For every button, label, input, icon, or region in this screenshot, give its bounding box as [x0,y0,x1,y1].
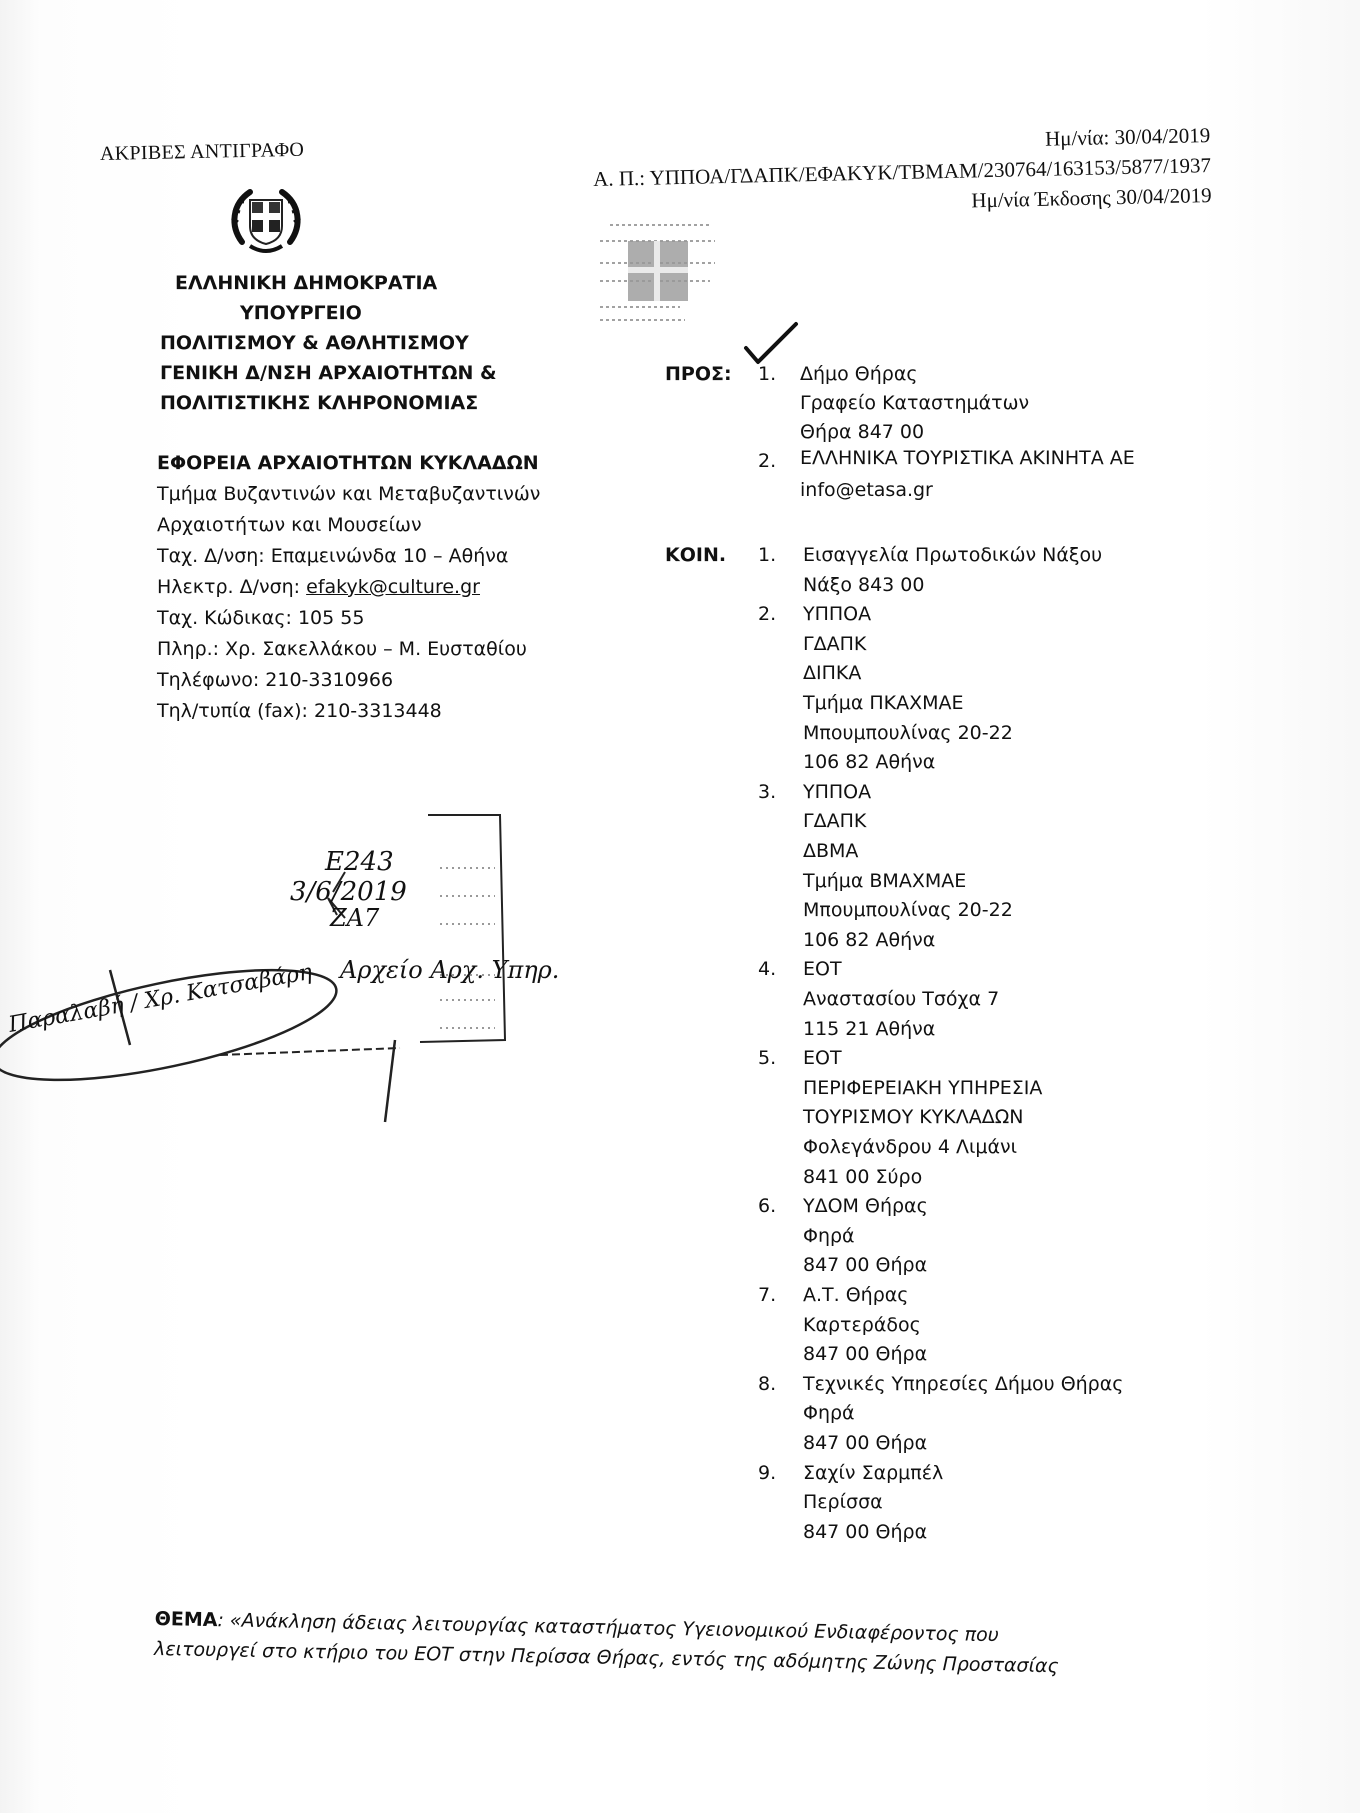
phone-label: Τηλέφωνο: [157,669,259,691]
cc-recipient-number: 4. [758,955,776,984]
cc-recipient-line: 847 00 Θήρα [803,1340,927,1369]
svg-text:Ε243: Ε243 [324,847,394,877]
to-label: ΠΡΟΣ: [665,360,732,389]
email-label: Ηλεκτρ. Δ/νση: [157,576,300,598]
cc-recipient-line: ΕΟΤ [803,1044,842,1073]
cc-recipient-line: Φηρά [803,1399,855,1428]
phone: Τηλέφωνο: 210-3310966 [157,665,393,696]
cc-recipient-line: Σαχίν Σαρμπέλ [803,1459,943,1488]
subject-label: ΘΕΜΑ [155,1608,218,1631]
certified-copy-label: ΑΚΡΙΒΕΣ ΑΝΤΙΓΡΑΦΟ [100,139,305,166]
svg-text:ΖΑ7: ΖΑ7 [329,904,380,932]
cc-recipient-line: Καρτεράδος [803,1311,921,1340]
recipient-email[interactable]: info@etasa.gr [800,476,933,505]
department-line: Αρχαιοτήτων και Μουσείων [157,510,422,541]
cc-recipient-line: ΓΔΑΠΚ [803,630,866,659]
ministry-header-line: ΓΕΝΙΚΗ Δ/ΝΣΗ ΑΡΧΑΙΟΤΗΤΩΝ & [160,358,497,388]
cc-recipient-line: Τεχνικές Υπηρεσίες Δήμου Θήρας [803,1370,1123,1399]
scanned-document-page: ΑΚΡΙΒΕΣ ΑΝΤΙΓΡΑΦΟ Ημ/νία: 30/04/2019 Α. … [0,0,1360,1813]
cc-recipient-line: Φηρά [803,1222,855,1251]
ministry-header-line: ΠΟΛΙΤΙΣΤΙΚΗΣ ΚΛΗΡΟΝΟΜΙΑΣ [160,388,478,418]
recipient-line: Δήμο Θήρας [800,360,918,389]
agency-title: ΕΦΟΡΕΙΑ ΑΡΧΑΙΟΤΗΤΩΝ ΚΥΚΛΑΔΩΝ [157,448,539,479]
department-line: Τμήμα Βυζαντινών και Μεταβυζαντινών [157,479,540,510]
cc-recipient-line: ΤΟΥΡΙΣΜΟΥ ΚΥΚΛΑΔΩΝ [803,1103,1023,1132]
cc-recipient-number: 1. [758,541,776,570]
email-address: Ηλεκτρ. Δ/νση: efakyk@culture.gr [157,572,480,603]
cc-recipient-line: ΥΠΠΟΑ [803,778,871,807]
ministry-header-line: ΠΟΛΙΤΙΣΜΟΥ & ΑΘΛΗΤΙΣΜΟΥ [160,328,469,358]
subject-block: ΘΕΜΑ: «Ανάκληση άδειας λειτουργίας κατασ… [154,1604,1170,1683]
cc-recipient-line: 847 00 Θήρα [803,1429,927,1458]
svg-text:Παραλαβή / Χρ. Κατσαβάρη: Παραλαβή / Χρ. Κατσαβάρη [6,960,314,1038]
cc-recipient-line: ΥΠΠΟΑ [803,600,871,629]
handwritten-registration-stamp: Ε243 3/6/2019 ΖΑ7 Αρχείο Αρχ. Υπηρ. Παρα… [0,800,600,1130]
cc-recipient-line: 106 82 Αθήνα [803,926,935,955]
cc-recipient-line: ΔΒΜΑ [803,837,858,866]
cc-recipient-line: ΕΟΤ [803,955,842,984]
cc-recipient-line: ΓΔΑΠΚ [803,807,866,836]
cc-recipient-line: Τμήμα ΠΚΑΧΜΑΕ [803,689,964,718]
postal-code: Ταχ. Κώδικας: 105 55 [157,603,364,634]
cc-recipient-line: Περίσσα [803,1488,883,1517]
contact-persons: Πληρ.: Χρ. Σακελλάκου – Μ. Ευσταθίου [157,634,527,665]
cc-recipient-line: Μπουμπουλίνας 20-22 [803,719,1013,748]
cc-recipient-number: 7. [758,1281,776,1310]
postal-code-value: 105 55 [298,607,364,629]
greek-coat-of-arms-icon [228,182,304,258]
postal-address-value: Επαμεινώνδα 10 – Αθήνα [271,545,509,567]
cc-recipient-line: 841 00 Σύρο [803,1163,922,1192]
cc-recipient-line: 847 00 Θήρα [803,1251,927,1280]
cc-recipient-line: 847 00 Θήρα [803,1518,927,1547]
cc-recipient-line: ΥΔΟΜ Θήρας [803,1192,928,1221]
recipient-number: 1. [758,360,776,389]
svg-text:Αρχείο Αρχ. Υπηρ.: Αρχείο Αρχ. Υπηρ. [338,956,559,984]
cc-recipient-line: Α.Τ. Θήρας [803,1281,908,1310]
cc-label: ΚΟΙΝ. [665,541,726,570]
cc-recipient-number: 3. [758,778,776,807]
contact-label: Πληρ.: [157,638,219,660]
cc-recipient-number: 2. [758,600,776,629]
postal-address: Ταχ. Δ/νση: Επαμεινώνδα 10 – Αθήνα [157,541,508,572]
fax-label: Τηλ/τυπία (fax): [157,700,308,722]
cc-recipient-line: Αναστασίου Τσόχα 7 [803,985,999,1014]
cc-recipient-number: 5. [758,1044,776,1073]
cc-recipient-line: Μπουμπουλίνας 20-22 [803,896,1013,925]
cc-recipient-line: ΔΙΠΚΑ [803,659,861,688]
cc-recipient-line: Τμήμα ΒΜΑΧΜΑΕ [803,867,966,896]
email-link[interactable]: efakyk@culture.gr [306,576,480,598]
cc-recipient-line: Εισαγγελία Πρωτοδικών Νάξου [803,541,1102,570]
received-stamp-icon [590,215,730,330]
postal-code-label: Ταχ. Κώδικας: [157,607,292,629]
cc-recipient-number: 8. [758,1370,776,1399]
cc-recipient-line: 106 82 Αθήνα [803,748,935,777]
cc-recipient-line: ΠΕΡΙΦΕΡΕΙΑΚΗ ΥΠΗΡΕΣΙΑ [803,1074,1042,1103]
cc-recipient-number: 9. [758,1459,776,1488]
fax: Τηλ/τυπία (fax): 210-3313448 [157,696,442,727]
postal-address-label: Ταχ. Δ/νση: [157,545,265,567]
ministry-header-line: ΕΛΛΗΝΙΚΗ ΔΗΜΟΚΡΑΤΙΑ [175,268,437,298]
reference-block: Ημ/νία: 30/04/2019 Α. Π.: ΥΠΠΟΑ/ΓΔΑΠΚ/ΕΦ… [592,120,1212,224]
cc-recipient-line: Νάξο 843 00 [803,571,924,600]
cc-recipient-line: 115 21 Αθήνα [803,1015,935,1044]
recipient-number: 2. [758,447,776,476]
fax-value: 210-3313448 [314,700,442,722]
recipient-line: Γραφείο Καταστημάτων [800,389,1029,418]
ministry-header-line: ΥΠΟΥΡΓΕΙΟ [240,298,362,328]
recipient-line: Θήρα 847 00 [800,418,924,447]
cc-recipient-number: 6. [758,1192,776,1221]
cc-recipient-line: Φολεγάνδρου 4 Λιμάνι [803,1133,1017,1162]
phone-value: 210-3310966 [265,669,393,691]
svg-text:3/6/2019: 3/6/2019 [290,877,407,907]
recipient-line: ΕΛΛΗΝΙΚΑ ΤΟΥΡΙΣΤΙΚΑ ΑΚΙΝΗΤΑ ΑΕ [800,444,1135,473]
contact-value: Χρ. Σακελλάκου – Μ. Ευσταθίου [225,638,527,660]
